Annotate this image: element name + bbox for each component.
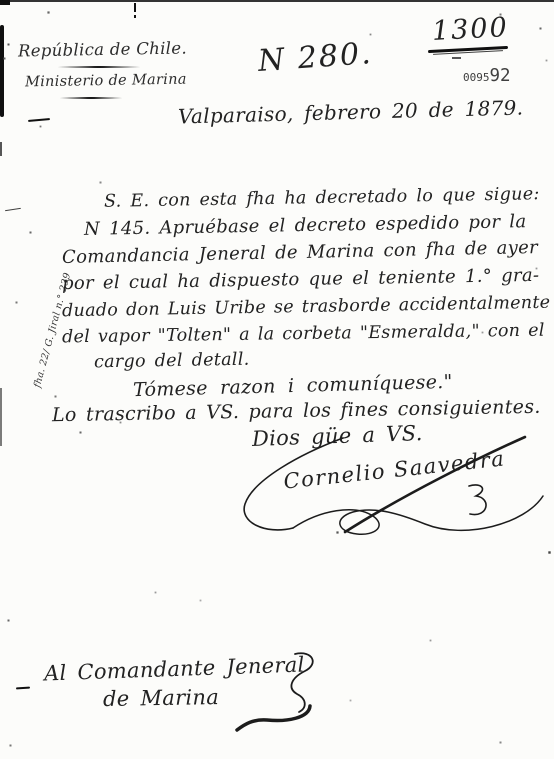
signature-flourish	[225, 432, 554, 544]
letterhead-ministry: Ministerio de Marina	[25, 72, 187, 91]
body-line: duado don Luis Uribe se trasborde accide…	[62, 293, 551, 322]
body-line: cargo del detall.	[94, 350, 250, 373]
body-line: Lo trascribo a VS. para los fines consig…	[52, 396, 541, 427]
scan-edge-left-strip	[0, 25, 4, 117]
scan-edge-left-mark	[0, 142, 2, 156]
dateline: Valparaiso, febrero 20 de 1879.	[178, 95, 524, 128]
letterhead-rule-1	[58, 66, 140, 68]
body-line: N 145. Apruébase el decreto espedido por…	[84, 211, 527, 240]
document-number: N 280.	[257, 36, 374, 79]
scan-edge-top	[0, 0, 554, 2]
addressee-flourish	[235, 648, 345, 738]
scanned-document-page: República de Chile. Ministerio de Marina…	[0, 0, 554, 759]
stamp-number-small: 0095	[463, 71, 490, 84]
body-line: Tómese razon i comuníquese."	[133, 371, 453, 401]
scan-edge-left-mark-lower	[0, 388, 2, 446]
body-line: Comandancia Jeneral de Marina con fha de…	[62, 237, 538, 268]
letterhead-rule-2	[60, 97, 122, 99]
stamp-number: 009592	[463, 66, 511, 86]
stray-dash-left	[28, 118, 50, 122]
scan-edge-top-left-block	[0, 0, 10, 5]
body-line: por el cual ha dispuesto que el teniente…	[62, 265, 540, 294]
folio-number: 1300	[431, 12, 509, 47]
stray-tilde-left	[5, 208, 21, 212]
paper-specks	[0, 0, 1, 1]
stamp-number-large: 92	[490, 66, 511, 86]
addressee-line-2: de Marina	[103, 685, 219, 711]
letterhead-country: República de Chile.	[18, 39, 187, 61]
body-line: del vapor "Tolten" a la corbeta "Esmeral…	[62, 321, 545, 348]
scan-tick-mark	[134, 3, 136, 12]
scan-tick-dot	[134, 15, 136, 18]
stray-dash-bottom-left	[16, 687, 30, 689]
body-line: S. E. con esta fha ha decretado lo que s…	[104, 184, 540, 212]
stamp-dash	[452, 57, 461, 59]
